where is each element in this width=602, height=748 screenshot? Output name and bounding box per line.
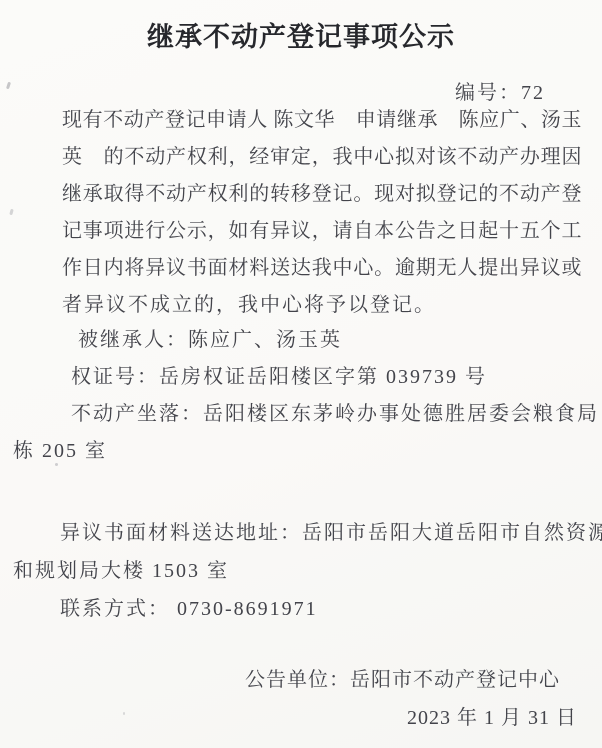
body-line-6: 者异议不成立的，我中心将予以登记。 (62, 287, 436, 324)
scan-speck (123, 712, 125, 715)
announcement-date: 2023 年 1 月 31 日 (407, 700, 577, 737)
objection-address-line-2: 和规划局大楼 1503 室 (13, 553, 229, 590)
contact-phone-line: 联系方式： 0730-8691971 (60, 591, 318, 628)
certificate-number-line: 权证号：岳房权证岳阳楼区字第 039739 号 (71, 359, 487, 396)
heir-line: 被继承人：陈应广、汤玉英 (78, 322, 342, 359)
body-line-2: 英 的不动产权利，经审定，我中心拟对该不动产办理因 (62, 139, 582, 176)
scan-speck (6, 82, 11, 90)
body-line-1: 现有不动产登记申请人 陈文华 申请继承 陈应广、汤玉 (62, 102, 582, 139)
notice-title: 继承不动产登记事项公示 (0, 17, 602, 57)
property-location-line-1: 不动产坐落：岳阳楼区东茅岭办事处德胜居委会粮食局 5 (71, 396, 602, 433)
scan-speck (9, 209, 13, 216)
scan-speck (55, 463, 58, 466)
notice-document: 继承不动产登记事项公示 编号：72 现有不动产登记申请人 陈文华 申请继承 陈应… (0, 0, 602, 748)
body-line-3: 继承取得不动产权利的转移登记。现对拟登记的不动产登 (62, 176, 582, 213)
property-location-line-2: 栋 205 室 (13, 433, 107, 470)
objection-address-line-1: 异议书面材料送达地址：岳阳市岳阳大道岳阳市自然资源 (60, 515, 602, 552)
body-line-4: 记事项进行公示，如有异议，请自本公告之日起十五个工 (62, 213, 582, 250)
body-line-5: 作日内将异议书面材料送达我中心。逾期无人提出异议或 (62, 250, 582, 287)
announcing-unit: 公告单位：岳阳市不动产登记中心 (245, 662, 560, 699)
